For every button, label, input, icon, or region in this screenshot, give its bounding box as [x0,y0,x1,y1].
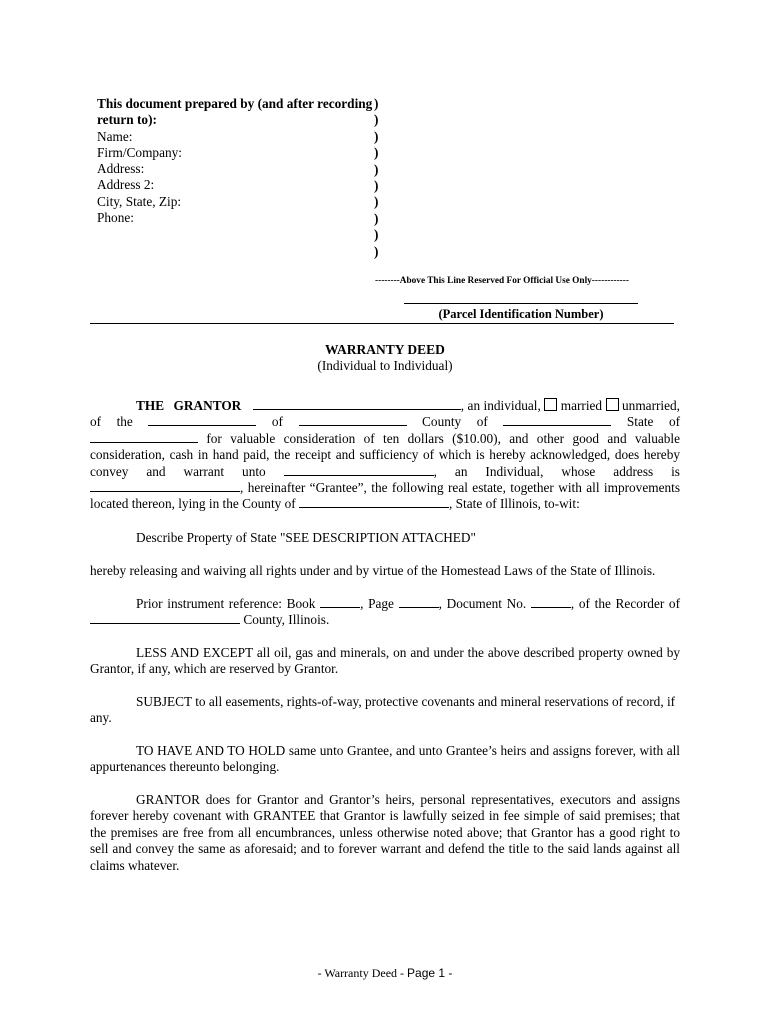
grantee-address-field[interactable] [90,480,240,492]
text: , State of Illinois, to-wit: [449,496,580,511]
prepared-by-heading: This document prepared by (and after rec… [97,96,372,112]
grantor-city-field[interactable] [148,414,256,426]
paren: ) [374,96,378,112]
document-no-field[interactable] [531,596,571,608]
paren: ) [374,129,378,145]
grantor-state-name-field[interactable] [90,431,198,443]
document-title-block: WARRANTY DEED (Individual to Individual) [0,342,770,374]
grantor-state-field[interactable] [503,414,611,426]
text: County of [422,414,488,429]
address-field-label: Address: [97,161,372,177]
grantor-lead: THE GRANTOR [136,398,241,413]
text: , an individual, [461,398,541,413]
paren-column: ) ) ) ) ) ) ) ) ) ) [374,96,378,260]
book-field[interactable] [320,596,360,608]
prior-instrument-paragraph: Prior instrument reference: Book , Page … [90,596,680,629]
paren: ) [374,112,378,128]
text: , Page [360,596,394,611]
footer-title: - Warranty Deed - [318,966,404,980]
married-checkbox[interactable] [544,398,557,411]
text: County, Illinois. [243,612,329,627]
less-except-paragraph: LESS AND EXCEPT all oil, gas and mineral… [90,645,680,678]
text: State of [627,414,680,429]
grantor-county-field[interactable] [299,414,407,426]
paren: ) [374,145,378,161]
subject-paragraph: SUBJECT to all easements, rights-of-way,… [90,694,680,727]
paren: ) [374,162,378,178]
divider [90,323,674,324]
parcel-id-field[interactable] [404,303,638,304]
married-label: married [561,398,602,413]
grantee-name-field[interactable] [284,464,434,476]
homestead-paragraph: hereby releasing and waiving all rights … [90,563,680,579]
paren: ) [374,227,378,243]
parcel-id-label: (Parcel Identification Number) [404,307,638,322]
text: , Document No. [439,596,527,611]
name-field-label: Name: [97,129,372,145]
recorder-county-field[interactable] [90,612,240,624]
property-description: Describe Property of State "SEE DESCRIPT… [90,530,680,546]
paren: ) [374,244,378,260]
official-use-line: --------Above This Line Reserved For Off… [375,276,629,286]
property-county-field[interactable] [299,496,449,508]
paren: ) [374,194,378,210]
page-footer: - Warranty Deed - Page 1 - [0,966,770,981]
city-state-zip-field-label: City, State, Zip: [97,194,372,210]
text: Prior instrument reference: Book [136,596,315,611]
text: , an Individual, whose address is [434,464,680,479]
address2-field-label: Address 2: [97,177,372,193]
text: of [272,414,283,429]
footer-page-number: Page 1 - [407,966,452,980]
page-field[interactable] [399,596,439,608]
document-title: WARRANTY DEED [0,342,770,358]
phone-field-label: Phone: [97,210,372,226]
paren: ) [374,178,378,194]
prepared-by-block: This document prepared by (and after rec… [97,96,372,226]
text: , of the Recorder of [571,596,680,611]
prepared-by-heading-cont: return to): [97,112,372,128]
document-subtitle: (Individual to Individual) [0,358,770,374]
paren: ) [374,211,378,227]
firm-field-label: Firm/Company: [97,145,372,161]
covenant-paragraph: GRANTOR does for Grantor and Grantor’s h… [90,792,680,874]
grantor-name-field[interactable] [253,398,461,410]
unmarried-checkbox[interactable] [606,398,619,411]
grantor-paragraph: THE GRANTOR , an individual, married unm… [90,398,680,513]
to-have-paragraph: TO HAVE AND TO HOLD same unto Grantee, a… [90,743,680,776]
